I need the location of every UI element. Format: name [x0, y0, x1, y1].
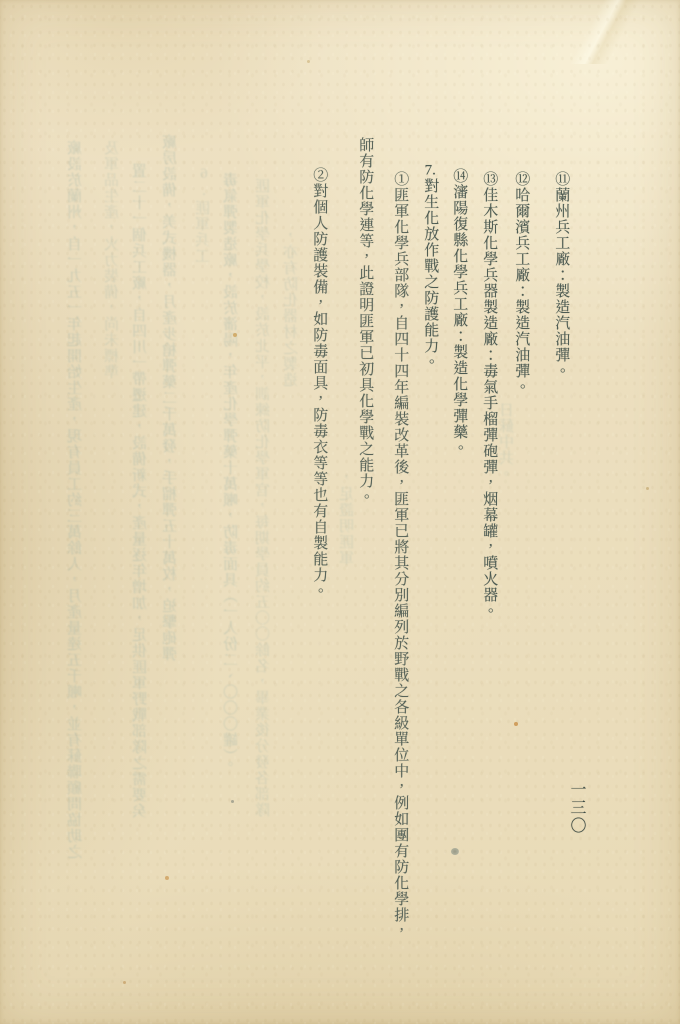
bleedthrough-column: 6.匪軍兵工: [196, 166, 213, 262]
bleedthrough-column: 廠房設備，美式機器，月產步槍彈藥二千萬發，手榴彈五十萬枚，迫擊砲彈: [163, 134, 180, 732]
paper-speck: [307, 60, 310, 63]
text-column-item-14: ⑭瀋陽復縣化學兵工廠：製造化學彈藥。: [450, 168, 467, 456]
text-column-item-13: ⑬佳木斯化學兵器製造廠：毒氣手榴彈砲彈，烟幕罐，噴火器。: [480, 171, 497, 619]
text-column-item-11: ⑪蘭州兵工廠：製造汽油彈。: [552, 171, 569, 379]
text-column-paragraph-1-continued: 師有防化學連等，此證明匪軍已初具化學戰之能力。: [356, 137, 373, 505]
bleedthrough-column: 廠設於蘭州，自一九五一年起開始生產，現有員工約三萬餘人，月產量達五千噸，並有蘇聯…: [68, 140, 85, 960]
page-number: 一三〇: [568, 781, 584, 835]
text-column-paragraph-1: ①匪軍化學兵部隊，自四十四年編裝改革後，匪軍已將其分別編列於野戰之各級單位中，例…: [391, 171, 408, 939]
paper-crease: [520, 0, 680, 64]
paper-speck: [123, 981, 126, 984]
paper-speck: [165, 876, 169, 880]
paper-speck: [514, 722, 518, 726]
bleedthrough-column: 日蘇中共。: [500, 402, 517, 522]
heading-number: 7.: [422, 163, 438, 178]
heading-text: 對生化放作戰之防護能力。: [422, 178, 438, 370]
bleedthrough-column: 及軍品生產，火力裝備，尚未標準: [105, 140, 122, 422]
scanned-document-page: 廠設於蘭州，自一九五一年起開始生產，現有員工約三萬餘人，月產量達五千噸，並有蘇聯…: [0, 0, 680, 1024]
bleedthrough-column: ，足證明匪軍: [340, 470, 357, 578]
text-column-heading-7: 7.對生化放作戰之防護能力。: [421, 163, 438, 370]
bleedthrough-column: 毒氣彈製造廠，設於瀋陽，年產化學彈藥十萬噸，防毒面具（一人份二、〇〇〇罐）。: [224, 172, 241, 1010]
paper-speck: [646, 487, 649, 490]
bleedthrough-column: 匪軍化學兵學校，設於北平，訓練防化學軍官，每期學員約五〇〇餘名，畢業後分發各部隊: [256, 178, 273, 912]
text-column-paragraph-2: ②對個人防護裝備，如防毒面具，防毒衣等等也有自製能力。: [310, 167, 327, 599]
text-column-item-12: ⑫哈爾濱兵工廠：製造汽油彈。: [512, 171, 529, 395]
bleedthrough-column: 置二十一個兵工廠，自四川一帶遷建，設備新式，產量逐年增加，足供匪軍野戰部隊之需要…: [133, 163, 150, 955]
paper-speck: [451, 848, 459, 855]
bleedthrough-column: ，亦有防化器材之製造: [284, 228, 301, 482]
